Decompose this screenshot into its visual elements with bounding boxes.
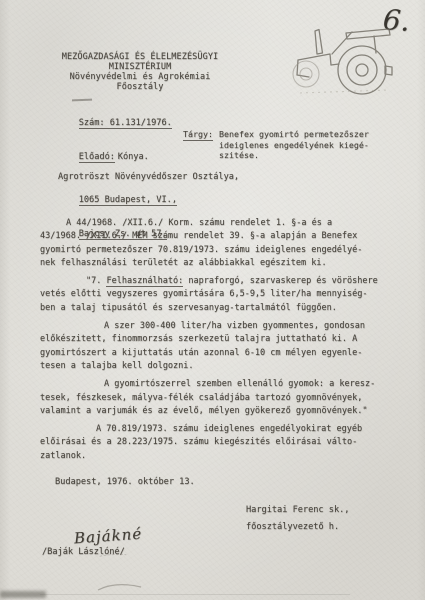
text-line: Benefex gyomirtó permetezőszer: [219, 129, 369, 140]
letter-body: A 44/1968. /XII.6./ Korm. számu rendelet…: [40, 217, 385, 468]
text-line: tesek, fészkesek, mályva-félék családjáb…: [40, 392, 385, 405]
reference-block: Szám: 61.131/1976. Előadó:Kónya.: [58, 106, 172, 175]
body-paragraph: A 70.819/1973. számu ideiglenes engedély…: [40, 423, 385, 463]
text-line: zatlanok.: [40, 450, 385, 463]
recipient-name: Agrotröszt Növényvédőszer Osztálya,: [58, 172, 239, 183]
text-line: vetés előtti vegyszeres gyomirtására 6,5…: [40, 288, 385, 301]
letterhead-dash: [72, 99, 92, 102]
text-line: Főosztály: [58, 82, 222, 92]
pencil-mark: [95, 578, 145, 596]
reference-number-line: Szám: 61.131/1976.: [58, 106, 172, 141]
text-line: gyomirtószert a kijuttatás után azonnal …: [40, 347, 385, 360]
text-line: előirásai és a 28.223/1975. számu kiegés…: [40, 436, 385, 449]
text-line: nek felhasználási területét az alábbiakk…: [40, 257, 385, 270]
date-line: Budapest, 1976. október 13.: [55, 477, 195, 487]
body-paragraph: A szer 300-400 liter/ha vizben gyommente…: [40, 320, 385, 373]
text-line: A szer 300-400 liter/ha vizben gyommente…: [40, 320, 385, 333]
subject-text: Benefex gyomirtó permetezőszerideiglenes…: [219, 129, 369, 161]
subject-block: Tárgy: Benefex gyomirtó permetezőszeride…: [183, 129, 369, 161]
text-line: ben a talaj tipusától és szervesanyag-ta…: [40, 302, 385, 315]
text-line: MINISZTÉRIUM: [58, 62, 222, 72]
text-line: valamint a varjumák és az évelő, mélyen …: [40, 405, 385, 418]
text-line: gyomirtó permetezőszer 70.819/1973. szám…: [40, 244, 385, 257]
tractor-sketch-icon: [292, 20, 400, 102]
text-line: A 44/1968. /XII.6./ Korm. számu rendelet…: [40, 217, 385, 230]
signer-name: Hargitai Ferenc sk.,: [246, 502, 349, 519]
clerk-label: Előadó:: [79, 152, 115, 163]
text-line: előkészitett, finommorzsás szerkezetü ta…: [40, 333, 385, 346]
body-paragraph: "7. Felhasználható: napraforgó, szarvask…: [40, 275, 385, 315]
signer-title: főosztályvezető h.: [246, 519, 349, 536]
scanned-letter-page: { "page": { "handwritten_number": "6.", …: [0, 0, 425, 600]
clerk-line: Előadó:Kónya.: [58, 141, 172, 176]
text-line: ideiglenes engedélyének kiegé-: [219, 140, 369, 151]
signature-block-right: Hargitai Ferenc sk., főosztályvezető h.: [246, 502, 349, 535]
reference-number: Szám: 61.131/1976.: [79, 118, 172, 129]
body-paragraph: A 44/1968. /XII.6./ Korm. számu rendelet…: [40, 217, 385, 270]
text-line: MEZŐGAZDASÁGI ÉS ÉLELMEZÉSÜGYI: [58, 52, 222, 62]
clerk-name: Kónya.: [118, 152, 149, 162]
text-line: A 70.819/1973. számu ideiglenes engedély…: [40, 423, 385, 436]
body-paragraph: A gyomirtószerrel szemben ellenálló gyom…: [40, 378, 385, 418]
handwritten-signature: Bajákné: [73, 525, 142, 548]
subject-label: Tárgy:: [183, 129, 213, 141]
text-line: szitése.: [219, 150, 369, 161]
scan-edge-line: [40, 594, 350, 595]
letterhead-org-name: MEZŐGAZDASÁGI ÉS ÉLELMEZÉSÜGYIMINISZTÉRI…: [58, 52, 222, 92]
text-line: A gyomirtószerrel szemben ellenálló gyom…: [40, 378, 385, 391]
text-line: "7. Felhasználható: napraforgó, szarvask…: [40, 275, 385, 288]
text-line: tesen a talajba kell dolgozni.: [40, 360, 385, 373]
text-line: 43/1968. /XII.6./ MÉM számu rendelet 39.…: [40, 230, 385, 243]
text-line: Növényvédelmi és Agrokémiai: [58, 72, 222, 82]
pencil-dash-mark: [96, 553, 130, 558]
recipient-city: 1065 Budapest, VI.,: [58, 183, 239, 217]
